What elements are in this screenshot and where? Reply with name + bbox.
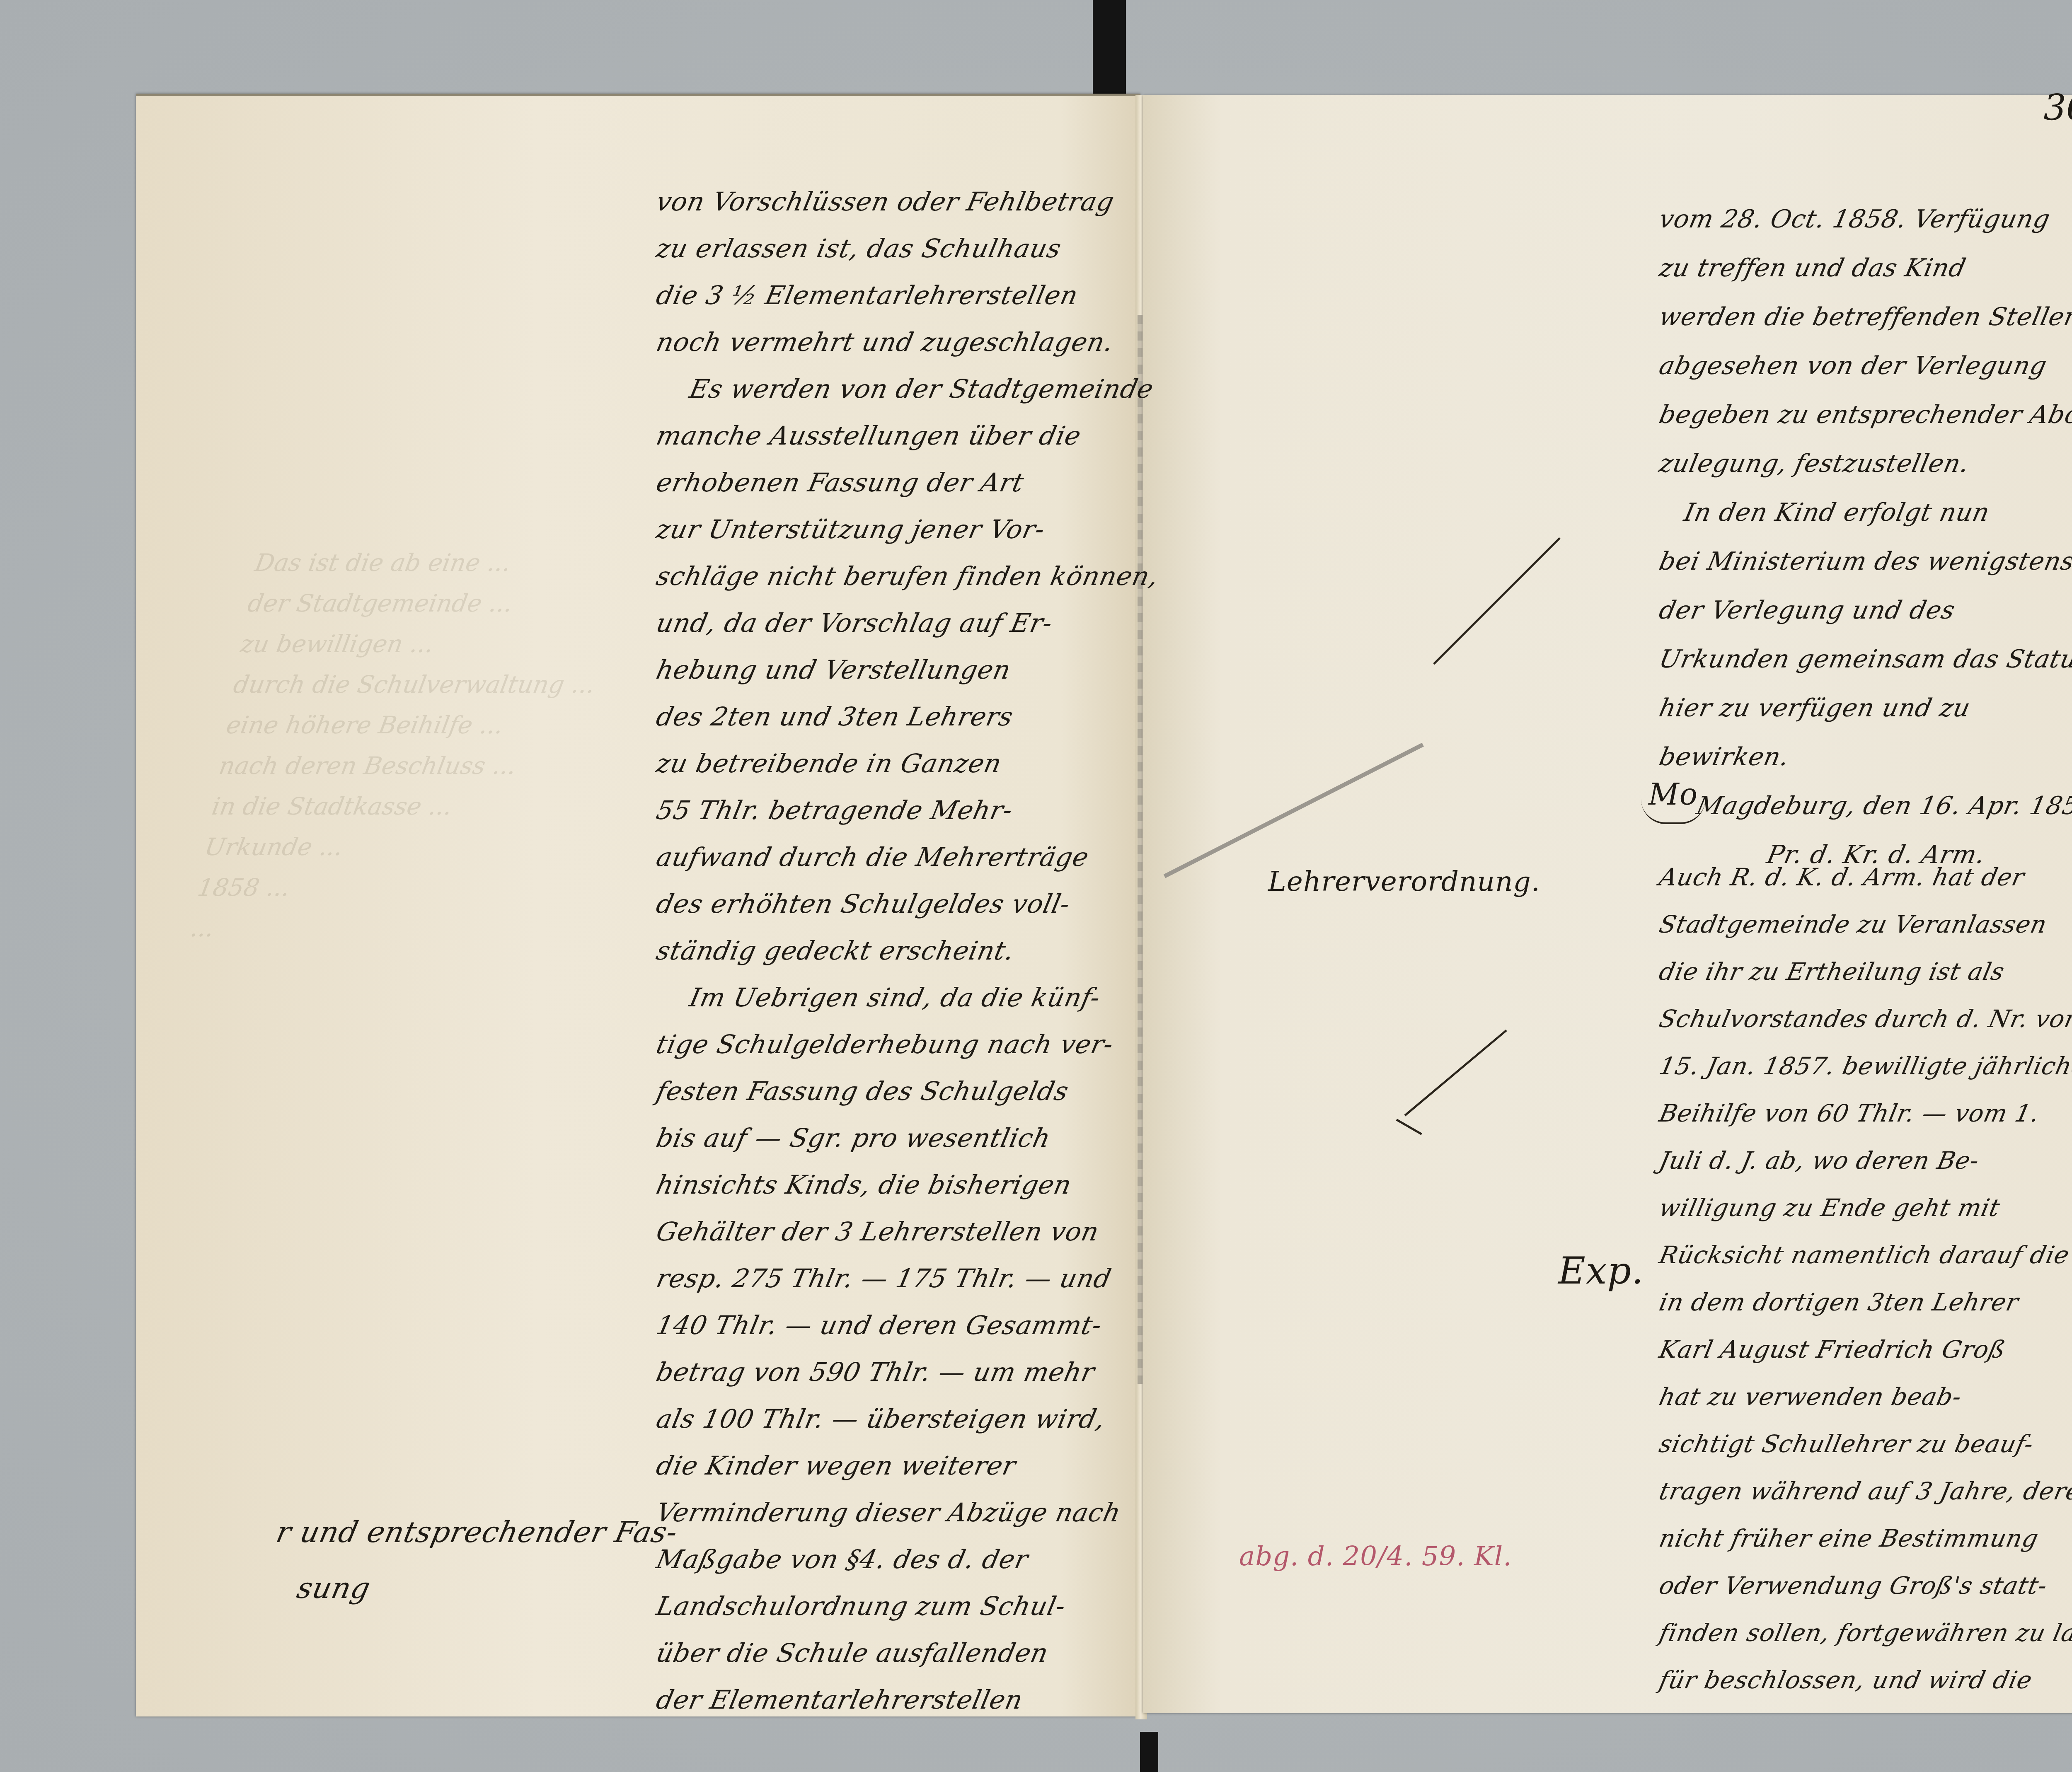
date-line: Magdeburg, den 16. Apr. 1859. <box>1654 781 2072 830</box>
text-line: noch vermehrt und zugeschlagen. <box>652 319 1159 365</box>
text-line: zu treffen und das Kind <box>1654 244 2072 293</box>
text-line: resp. 275 Thlr. — 175 Thlr. — und <box>652 1255 1159 1302</box>
text-line: vom 28. Oct. 1858. Verfügung <box>1654 195 2072 244</box>
text-line: tige Schulgelderhebung nach ver- <box>652 1021 1159 1068</box>
text-line: ständig gedeckt erscheint. <box>652 927 1159 974</box>
text-line: Rücksicht namentlich darauf die <box>1655 1231 2072 1279</box>
text-line: begeben zu entsprechender Abord- <box>1654 390 2072 439</box>
text-line: 55 Thlr. betragende Mehr- <box>652 787 1159 834</box>
text-line: betrag von 590 Thlr. — um mehr <box>652 1349 1159 1395</box>
text-line: bewirken. <box>1654 732 2072 781</box>
text-line: Karl August Friedrich Groß <box>1655 1326 2072 1373</box>
text-line: Verminderung dieser Abzüge nach <box>652 1489 1159 1536</box>
page-number: 36. <box>2043 87 2072 128</box>
text-line: Gehälter der 3 Lehrerstellen von <box>652 1208 1159 1255</box>
text-line: abgesehen von der Verlegung <box>1654 341 2072 390</box>
text-line: zur Unterstützung jener Vor- <box>652 506 1159 553</box>
text-line: als 100 Thlr. — übersteigen wird, <box>652 1395 1159 1442</box>
text-line: Schulvorstandes durch d. Nr. vom <box>1655 995 2072 1042</box>
text-line: Im Uebrigen sind, da die künf- <box>652 974 1159 1021</box>
text-line: Stadtgemeinde zu Veranlassen <box>1655 901 2072 948</box>
text-line: sichtigt Schullehrer zu beauf- <box>1655 1420 2072 1467</box>
left-page-main-column: von Vorschlüssen oder Fehlbetrag zu erla… <box>657 178 1154 1723</box>
text-line: der Verlegung und des <box>1654 586 2072 635</box>
text-line: Auch R. d. K. d. Arm. hat der <box>1655 853 2072 901</box>
text-line: schläge nicht berufen finden können, <box>652 553 1159 600</box>
text-line: hebung und Verstellungen <box>652 646 1159 693</box>
margin-note-line: r und entsprechender Fas- <box>271 1504 683 1560</box>
text-line: hier zu verfügen und zu <box>1654 684 2072 732</box>
text-line: aufwand durch die Mehrerträge <box>652 834 1159 880</box>
text-line: oder Verwendung Groß's statt- <box>1655 1562 2072 1609</box>
text-line: in dem dortigen 3ten Lehrer <box>1655 1279 2072 1326</box>
right-page-heading: Lehrerverordnung. <box>1268 853 1540 909</box>
text-line: Urkunden gemeinsam das Statut <box>1654 635 2072 684</box>
text-line: zu betreibende in Ganzen <box>652 740 1159 787</box>
text-line: festen Fassung des Schulgelds <box>652 1068 1159 1114</box>
initials-mark: Mo <box>1641 766 1705 824</box>
dispatch-annotation: abg. d. 20/4. 59. Kl. <box>1239 1529 1512 1585</box>
text-line: und, da der Vorschlag auf Er- <box>652 600 1159 646</box>
text-line: Landschulordnung zum Schul- <box>652 1583 1159 1629</box>
text-line: der Elementarlehrerstellen <box>652 1676 1159 1723</box>
right-page-main-column-top: vom 28. Oct. 1858. Verfügung zu treffen … <box>1660 195 2072 879</box>
exp-stamp-mark: Exp. <box>1558 1243 1644 1299</box>
text-line: für beschlossen, und wird die <box>1655 1656 2072 1704</box>
text-line: hinsichts Kinds, die bisherigen <box>652 1161 1159 1208</box>
text-line: bis auf — Sgr. pro wesentlich <box>652 1114 1159 1161</box>
text-line: des erhöhten Schulgeldes voll- <box>652 880 1159 927</box>
text-line: finden sollen, fortgewähren zu lassen <box>1655 1609 2072 1656</box>
binding-strip-bottom <box>1140 1732 1158 1772</box>
text-line: 140 Thlr. — und deren Gesammt- <box>652 1302 1159 1349</box>
margin-note: r und entsprechender Fas- sung <box>277 1504 677 1616</box>
right-page-main-column-bottom: Auch R. d. K. d. Arm. hat der Stadtgemei… <box>1660 853 2072 1704</box>
text-line: Maßgabe von §4. des d. der <box>652 1536 1159 1583</box>
text-line: willigung zu Ende geht mit <box>1655 1184 2072 1231</box>
text-line: hat zu verwenden beab- <box>1655 1373 2072 1420</box>
text-line: werden die betreffenden Stellen, <box>1654 293 2072 341</box>
text-line: die 3 ½ Elementarlehrerstellen <box>652 272 1159 319</box>
text-line: des 2ten und 3ten Lehrers <box>652 693 1159 740</box>
text-line: 15. Jan. 1857. bewilligte jährliche <box>1655 1042 2072 1090</box>
text-line: bei Ministerium des wenigstens <box>1654 537 2072 586</box>
text-line: Es werden von der Stadtgemeinde <box>652 365 1159 412</box>
text-line: zu erlassen ist, das Schulhaus <box>652 225 1159 272</box>
text-line: manche Ausstellungen über die <box>652 412 1159 459</box>
text-line: erhobenen Fassung der Art <box>652 459 1159 506</box>
text-line: Beihilfe von 60 Thlr. — vom 1. <box>1655 1090 2072 1137</box>
text-line: über die Schule ausfallenden <box>652 1629 1159 1676</box>
text-line: die Kinder wegen weiterer <box>652 1442 1159 1489</box>
text-line: die ihr zu Ertheilung ist als <box>1655 948 2072 995</box>
text-line: Juli d. J. ab, wo deren Be- <box>1655 1137 2072 1184</box>
text-line: zulegung, festzustellen. <box>1654 439 2072 488</box>
margin-note-line: sung <box>271 1560 683 1616</box>
binding-strip-top <box>1093 0 1126 94</box>
text-line: nicht früher eine Bestimmung <box>1655 1515 2072 1562</box>
text-line: von Vorschlüssen oder Fehlbetrag <box>652 178 1159 225</box>
text-line: In den Kind erfolgt nun <box>1654 488 2072 537</box>
bleed-through-text: Das ist die ab eine ... der Stadtgemeind… <box>105 502 701 1413</box>
text-line: tragen während auf 3 Jahre, deren <box>1655 1467 2072 1515</box>
